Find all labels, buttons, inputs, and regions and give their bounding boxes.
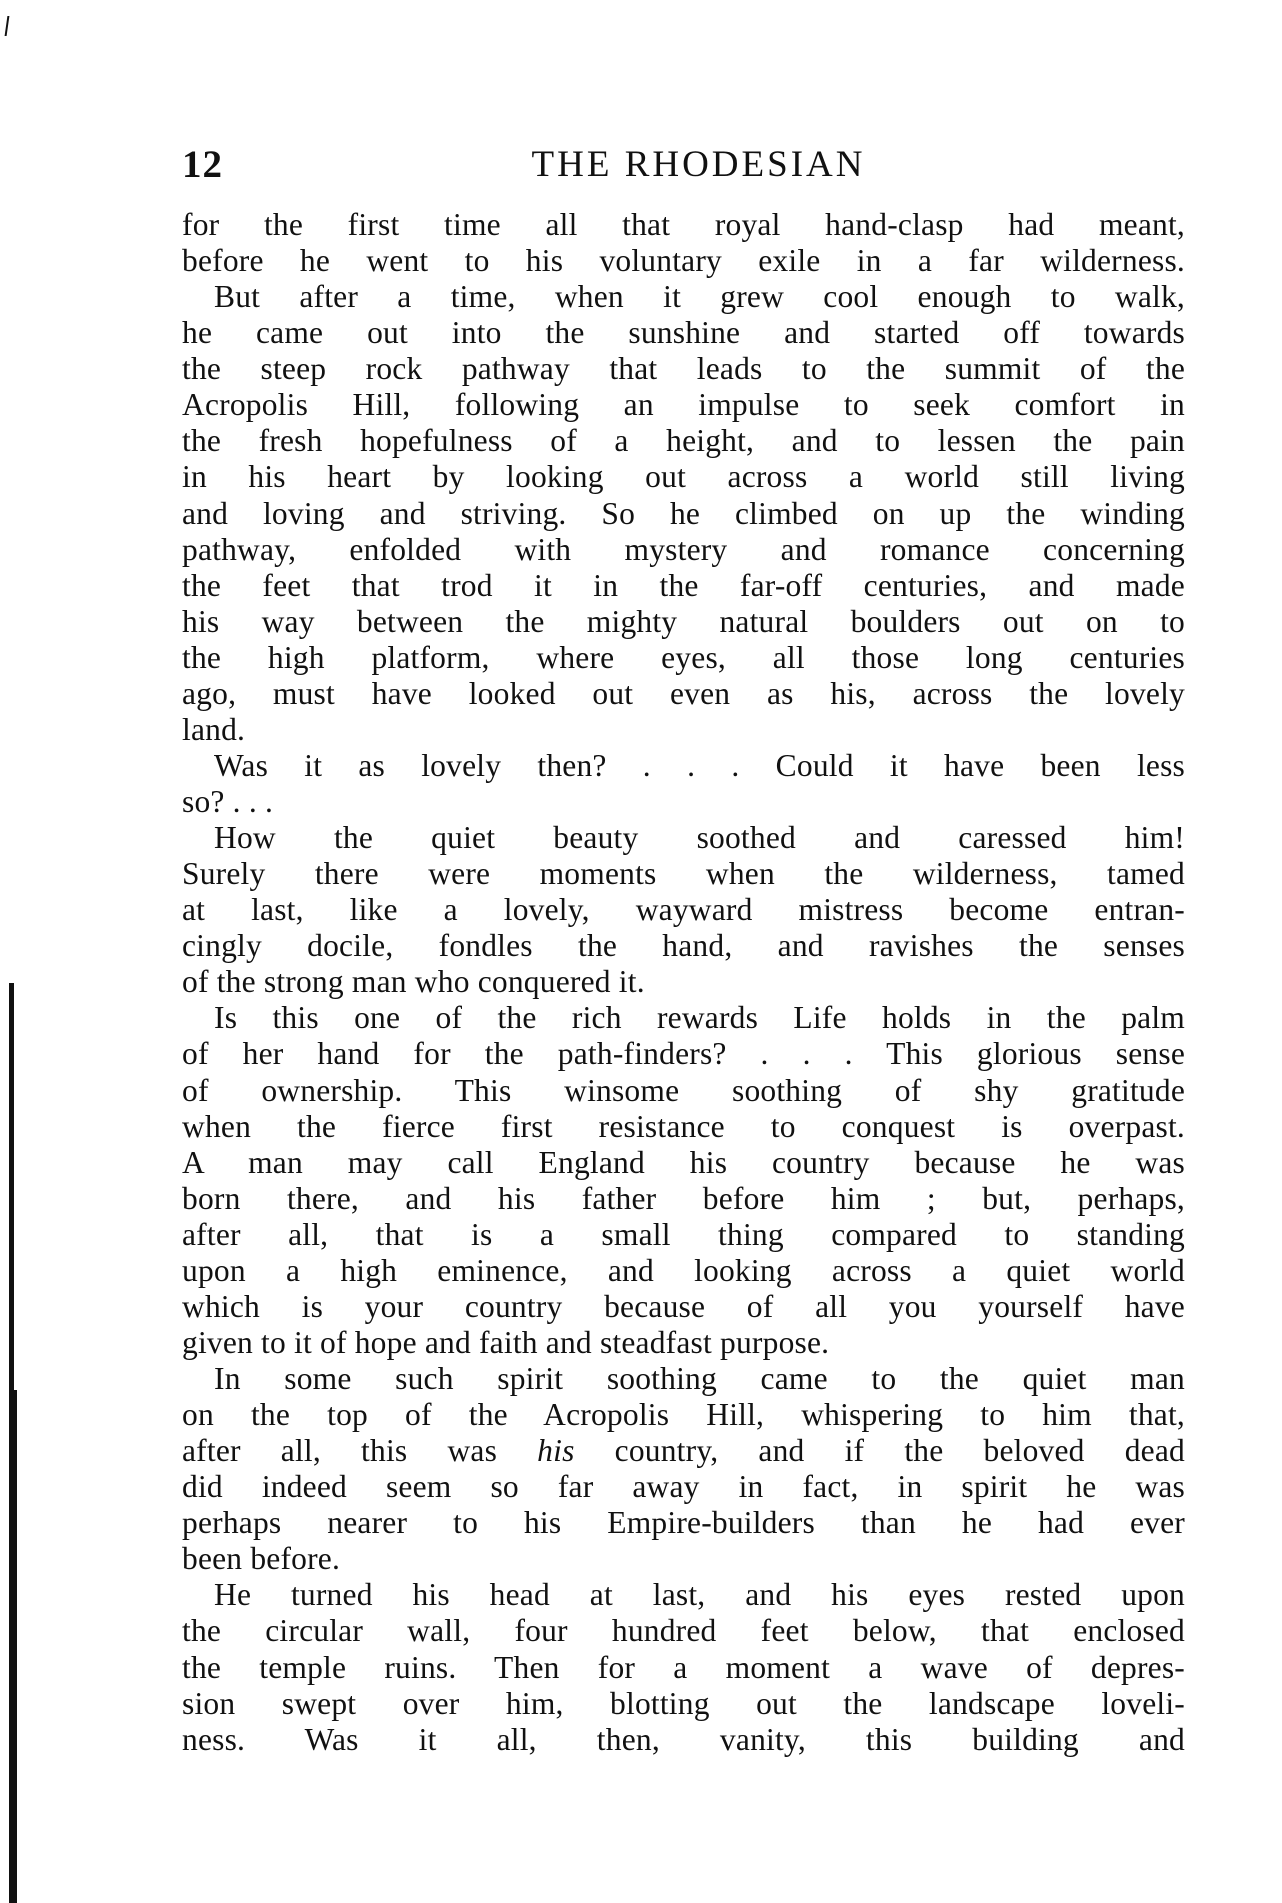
text-line: Is this one of the rich rewards Life hol…: [182, 1000, 1185, 1036]
text-line: the feet that trod it in the far-off cen…: [182, 568, 1185, 604]
text-line: his way between the mighty natural bould…: [182, 604, 1185, 640]
italic-emphasis: his: [537, 1433, 574, 1468]
text-line: did indeed seem so far away in fact, in …: [182, 1469, 1185, 1505]
text-line: which is your country because of all you…: [182, 1289, 1185, 1325]
text-line: in his heart by looking out across a wor…: [182, 459, 1185, 495]
text-line: he came out into the sunshine and starte…: [182, 315, 1185, 351]
text-line: the high platform, where eyes, all those…: [182, 640, 1185, 676]
text-line: so? . . .: [182, 784, 1185, 820]
text-line: He turned his head at last, and his eyes…: [182, 1577, 1185, 1613]
text-line: sion swept over him, blotting out the la…: [182, 1686, 1185, 1722]
scan-artifact-mark: [5, 16, 10, 36]
text-line: the fresh hopefulness of a height, and t…: [182, 423, 1185, 459]
text-line: A man may call England his country becau…: [182, 1145, 1185, 1181]
running-title: THE RHODESIAN: [182, 140, 1185, 190]
text-line: been before.: [182, 1541, 1185, 1577]
text-line: of her hand for the path-finders? . . . …: [182, 1036, 1185, 1072]
text-line: cingly docile, fondles the hand, and rav…: [182, 928, 1185, 964]
text-line: after all, this was his country, and if …: [182, 1433, 1185, 1469]
text-line: ago, must have looked out even as his, a…: [182, 676, 1185, 712]
text-line: and loving and striving. So he climbed o…: [182, 496, 1185, 532]
text-line: How the quiet beauty soothed and caresse…: [182, 820, 1185, 856]
text-line: pathway, enfolded with mystery and roman…: [182, 532, 1185, 568]
text-line: when the fierce first resistance to conq…: [182, 1109, 1185, 1145]
text-line: on the top of the Acropolis Hill, whispe…: [182, 1397, 1185, 1433]
text-line: Acropolis Hill, following an impulse to …: [182, 387, 1185, 423]
text-line: land.: [182, 712, 1185, 748]
text-line: for the first time all that royal hand-c…: [182, 207, 1185, 243]
text-line: Was it as lovely then? . . . Could it ha…: [182, 748, 1185, 784]
text-line: Surely there were moments when the wilde…: [182, 856, 1185, 892]
text-line: upon a high eminence, and looking across…: [182, 1253, 1185, 1289]
text-line: ness. Was it all, then, vanity, this bui…: [182, 1722, 1185, 1758]
text-line: the circular wall, four hundred feet bel…: [182, 1613, 1185, 1649]
text-line: of ownership. This winsome soothing of s…: [182, 1073, 1185, 1109]
text-line: the temple ruins. Then for a moment a wa…: [182, 1650, 1185, 1686]
scan-edge-shadow: [13, 1390, 17, 1903]
text-line: perhaps nearer to his Empire-builders th…: [182, 1505, 1185, 1541]
text-line: In some such spirit soothing came to the…: [182, 1361, 1185, 1397]
body-text: for the first time all that royal hand-c…: [182, 207, 1185, 1758]
page-header: 12 THE RHODESIAN: [182, 140, 1185, 190]
text-line: at last, like a lovely, wayward mistress…: [182, 892, 1185, 928]
text-line: before he went to his voluntary exile in…: [182, 243, 1185, 279]
text-line: But after a time, when it grew cool enou…: [182, 279, 1185, 315]
text-line: born there, and his father before him ; …: [182, 1181, 1185, 1217]
text-line: the steep rock pathway that leads to the…: [182, 351, 1185, 387]
text-line: of the strong man who conquered it.: [182, 964, 1185, 1000]
text-line: after all, that is a small thing compare…: [182, 1217, 1185, 1253]
text-line: given to it of hope and faith and steadf…: [182, 1325, 1185, 1361]
